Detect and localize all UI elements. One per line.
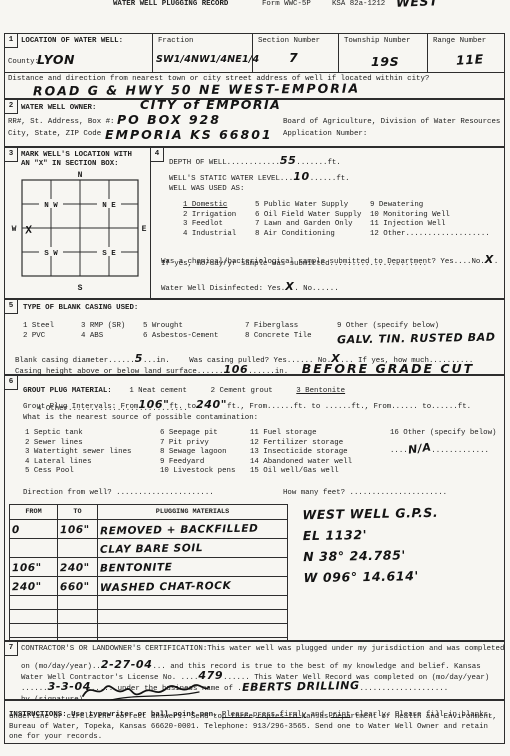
use-option-dewatering: 9 Dewatering [370,201,490,211]
casing-other: 9 Other (specify below) [337,322,439,332]
row3-to: 240" [60,563,90,574]
compass-west-label: W [12,225,17,234]
well-location-x-mark: X [24,224,35,237]
row1-material: REMOVED + BACKFILLED [100,524,259,537]
section-6-grout-plug: 6 GROUT PLUG MATERIAL: 1 Neat cement 2 C… [4,375,505,641]
casing-abs: 4 ABS [81,332,143,345]
table-row: 106"240"BENTONITE [10,558,288,577]
application-number-label: Application Number: [283,130,367,140]
row3-from: 106" [12,563,42,574]
casing-steel: 1 Steel [23,322,81,332]
quadrant-se-label: S E [102,250,116,258]
grout-bentonite: 3 Bentonite [296,387,345,395]
water-well-plugging-record-form: WATER WELL PLUGGING RECORD Form WWC-5P K… [0,0,510,756]
contam-fuel-storage: 11 Fuel storage [250,429,390,439]
section-6-number: 6 [4,375,18,390]
gps-elevation: EL 1132' [303,526,439,543]
plugging-materials-table: FROM TO PLUGGING MATERIALS 0106"REMOVED … [9,504,288,652]
county-cell: LOCATION OF WATER WELL: County: LYON [5,34,153,72]
contam-cess-pool: 5 Cess Pool [25,467,160,477]
section-1-title: LOCATION OF WATER WELL: [21,37,123,47]
table-row: 240"660"WASHED CHAT-ROCK [10,577,288,596]
table-row [10,624,288,638]
section-number-label: Section Number [258,37,320,47]
how-many-feet-label: How many feet? ...................... [283,489,447,499]
direction-from-well-label: Direction from well? ...................… [23,489,214,499]
owner-value: CITY of EMPORIA [140,97,281,112]
row3-material: BENTONITE [100,562,173,573]
grout-intervals-rest: ft., From......ft. to ......ft., From...… [227,403,471,411]
row1-from: 0 [12,525,20,535]
contamination-question: What is the nearest source of possible c… [23,414,258,424]
handwritten-west-note: WEST [396,0,439,10]
section-5-title: TYPE OF BLANK CASING USED: [23,304,138,314]
use-option-monitoring: 10 Monitoring Well [370,211,490,221]
section-2-owner: 2 WATER WELL OWNER: CITY of EMPORIA RR#,… [4,99,505,147]
casing-options-row1: 1 Steel 3 RMP (SR) 5 Wrought 7 Fiberglas… [23,322,501,332]
section-3-number: 3 [4,147,18,162]
grout-intervals-label: Grout Plug Intervals: From [23,403,138,411]
contam-seepage-pit: 6 Seepage pit [160,429,250,439]
disinfected-label: Water Well Disinfected: Yes. [161,285,285,293]
use-option-other: 12 Other................... [370,230,490,240]
quadrant-ne-label: N E [102,202,116,210]
static-water-level-value: 10 [293,170,310,183]
use-option-domestic: 1 Domestic [183,201,255,211]
used-as-list: 1 Domestic 2 Irrigation 3 Feedlot 4 Indu… [183,201,490,239]
contam-sewer-lines: 2 Sewer lines [25,439,160,449]
statute-reference: KSA 82a-1212 [332,0,385,10]
instructions-line3: Bureau of Water, Topeka, Kansas 66620-00… [9,723,488,733]
section-5-casing: 5 TYPE OF BLANK CASING USED: 1 Steel 3 R… [4,299,505,375]
casing-asbestos: 6 Asbestos-Cement [143,332,245,345]
city-state-zip-value: EMPORIA KS 66801 [105,127,273,142]
grout-interval-to: 240" [196,398,227,411]
compass-south-label: S [78,284,83,293]
materials-column-header: PLUGGING MATERIALS [98,505,288,520]
contam-abandoned-well: 14 Abandoned water well [250,458,390,468]
row4-to: 660" [60,582,90,593]
row2-material: CLAY BARE SOIL [100,543,203,555]
contam-watertight-sewer: 3 Watertight sewer lines [25,448,160,458]
contam-sewage-lagoon: 8 Sewage lagoon [160,448,250,458]
contam-livestock-pens: 10 Livestock pens [160,467,250,477]
contam-oil-gas-well: 15 Oil well/Gas well [250,467,390,477]
sample-date-line: If yes, mo/day/yr sample was submitted..… [161,260,427,270]
address-label: RR#, St. Address, Box #: [8,118,114,128]
use-option-feedlot: 3 Feedlot [183,220,255,230]
township-value: 19S [371,54,399,69]
certification-line1: CONTRACTOR'S OR LANDOWNER'S CERTIFICATIO… [21,645,504,655]
contam-other-dots-2: ............. [431,447,489,455]
casing-pvc: 2 PVC [23,332,81,345]
fraction-cell: Fraction SW1/4NW1/4NE1/4 [153,34,253,72]
address-value: PO BOX 928 [117,112,221,127]
instructions-box: INSTRUCTIONS: Use typewriter or ball poi… [4,700,505,744]
sample-no-x-mark: X [485,253,494,266]
range-value: 11E [456,51,484,67]
agency-name: Board of Agriculture, Division of Water … [283,118,500,128]
used-as-label: WELL WAS USED AS: [169,185,244,195]
use-option-injection: 11 Injection Well [370,220,490,230]
fraction-value: SW1/4NW1/4NE1/4 [156,54,259,65]
contam-lateral-lines: 4 Lateral lines [25,458,160,468]
contam-other-label: 16 Other (specify below) [390,429,496,439]
section-2-number: 2 [4,99,18,114]
section-4-number: 4 [150,147,164,162]
row4-material: WASHED CHAT-ROCK [100,581,231,593]
contam-septic-tank: 1 Septic tank [25,429,160,439]
sample-question-end: . [494,258,498,266]
disinfected-yes-x-mark: X [285,280,294,293]
section-7-certification: 7 CONTRACTOR'S OR LANDOWNER'S CERTIFICAT… [4,641,505,700]
section-7-number: 7 [4,641,18,656]
range-label: Range Number [433,37,486,47]
contam-feedyard: 9 Feedyard [160,458,250,468]
to-column-header: TO [58,505,98,520]
section-1-location: 1 LOCATION OF WATER WELL: County: LYON F… [4,33,505,99]
form-title: WATER WELL PLUGGING RECORD [113,0,228,10]
casing-wrought: 5 Wrought [143,322,245,332]
fraction-label: Fraction [158,37,193,47]
section-number-cell: Section Number 7 [253,34,339,72]
contam-insecticide-storage: 13 Insecticide storage [250,448,390,458]
section-3-location-grid: 3 MARK WELL'S LOCATION WITH AN "X" IN SE… [4,147,151,299]
compass-east-label: E [142,225,147,234]
county-value: LYON [37,52,75,67]
casing-height-note: BEFORE GRADE CUT [302,361,474,376]
use-option-irrigation: 2 Irrigation [183,211,255,221]
use-option-lawn-garden: 7 Lawn and Garden Only [255,220,370,230]
casing-fiberglass: 7 Fiberglass [245,322,337,332]
quadrant-sw-label: S W [44,250,58,258]
use-option-public-water: 5 Public Water Supply [255,201,370,211]
contam-pit-privy: 7 Pit privy [160,439,250,449]
owner-label: WATER WELL OWNER: [21,104,96,114]
instructions-line2: underline or circle the correct answers.… [9,713,497,723]
from-column-header: FROM [10,505,58,520]
depth-label: DEPTH OF WELL............ [169,159,280,167]
gps-latitude: N 38° 24.785' [303,547,439,564]
table-row [10,596,288,610]
static-water-level-label: WELL'S STATIC WATER LEVEL... [169,175,293,183]
contamination-list: 1 Septic tank 2 Sewer lines 3 Watertight… [25,429,499,477]
township-label: Township Number [344,37,411,47]
disinfected-no-dots: . No...... [294,285,338,293]
grout-intervals-line: Grout Plug Intervals: From106"ft. to240"… [23,395,471,413]
grout-material-label: GROUT PLUG MATERIAL: [23,387,112,395]
table-row [10,610,288,624]
form-number: Form WWC-5P [262,0,311,10]
static-water-level-line: WELL'S STATIC WATER LEVEL...10......ft. [169,167,350,185]
section-5-number: 5 [4,299,18,314]
static-water-level-suffix: ......ft. [310,175,350,183]
section-3-title-line2: AN "X" IN SECTION BOX: [21,160,119,170]
contam-other-dots-1: .... [390,447,408,455]
depth-value: 55 [280,154,297,167]
use-option-oil-field: 6 Oil Field Water Supply [255,211,370,221]
section-number-value: 7 [289,50,298,65]
table-row: CLAY BARE SOIL [10,539,288,558]
township-cell: Township Number 19S [339,34,428,72]
casing-options-row2: 2 PVC 4 ABS 6 Asbestos-Cement 8 Concrete… [23,332,501,345]
range-cell: Range Number 11E [428,34,504,72]
quadrant-nw-label: N W [44,202,58,210]
county-label: County: [8,58,39,68]
grout-neat-cement: 1 Neat cement [129,387,187,395]
table-header-row: FROM TO PLUGGING MATERIALS [10,505,288,520]
contam-other-na-value: N/A [407,440,432,456]
use-option-industrial: 4 Industrial [183,230,255,240]
section-grid-diagram: N S W E N W N E S W S E X [8,170,148,296]
use-option-air-conditioning: 8 Air Conditioning [255,230,370,240]
section-4-well-info: 4 DEPTH OF WELL............55.......ft. … [150,147,505,299]
row4-from: 240" [12,582,42,593]
distance-answer: ROAD G & HWY 50 NE WEST-EMPORIA [33,81,360,99]
casing-other-value: GALV. TIN. RUSTED BAD [337,331,496,347]
row1-to: 106" [60,525,90,536]
casing-concrete: 8 Concrete Tile [245,332,337,345]
grout-intervals-mid: ft. to [169,403,196,411]
gps-notes: WEST WELL G.P.S. EL 1132' N 38° 24.785' … [302,505,439,585]
grout-cement-grout: 2 Cement grout [211,387,273,395]
gps-title: WEST WELL G.P.S. [302,505,438,522]
instructions-line4: one for your records. [9,733,102,743]
city-state-zip-label: City, State, ZIP Code : [8,130,110,140]
table-row: 0106"REMOVED + BACKFILLED [10,520,288,539]
depth-suffix: .......ft. [296,159,340,167]
contam-fertilizer-storage: 12 Fertilizer storage [250,439,390,449]
compass-north-label: N [78,171,83,180]
gps-longitude: W 096° 14.614' [303,568,439,585]
casing-rmp: 3 RMP (SR) [81,322,143,332]
disinfected-line: Water Well Disinfected: Yes.X. No...... [161,277,339,295]
grout-interval-from: 106" [138,398,169,411]
